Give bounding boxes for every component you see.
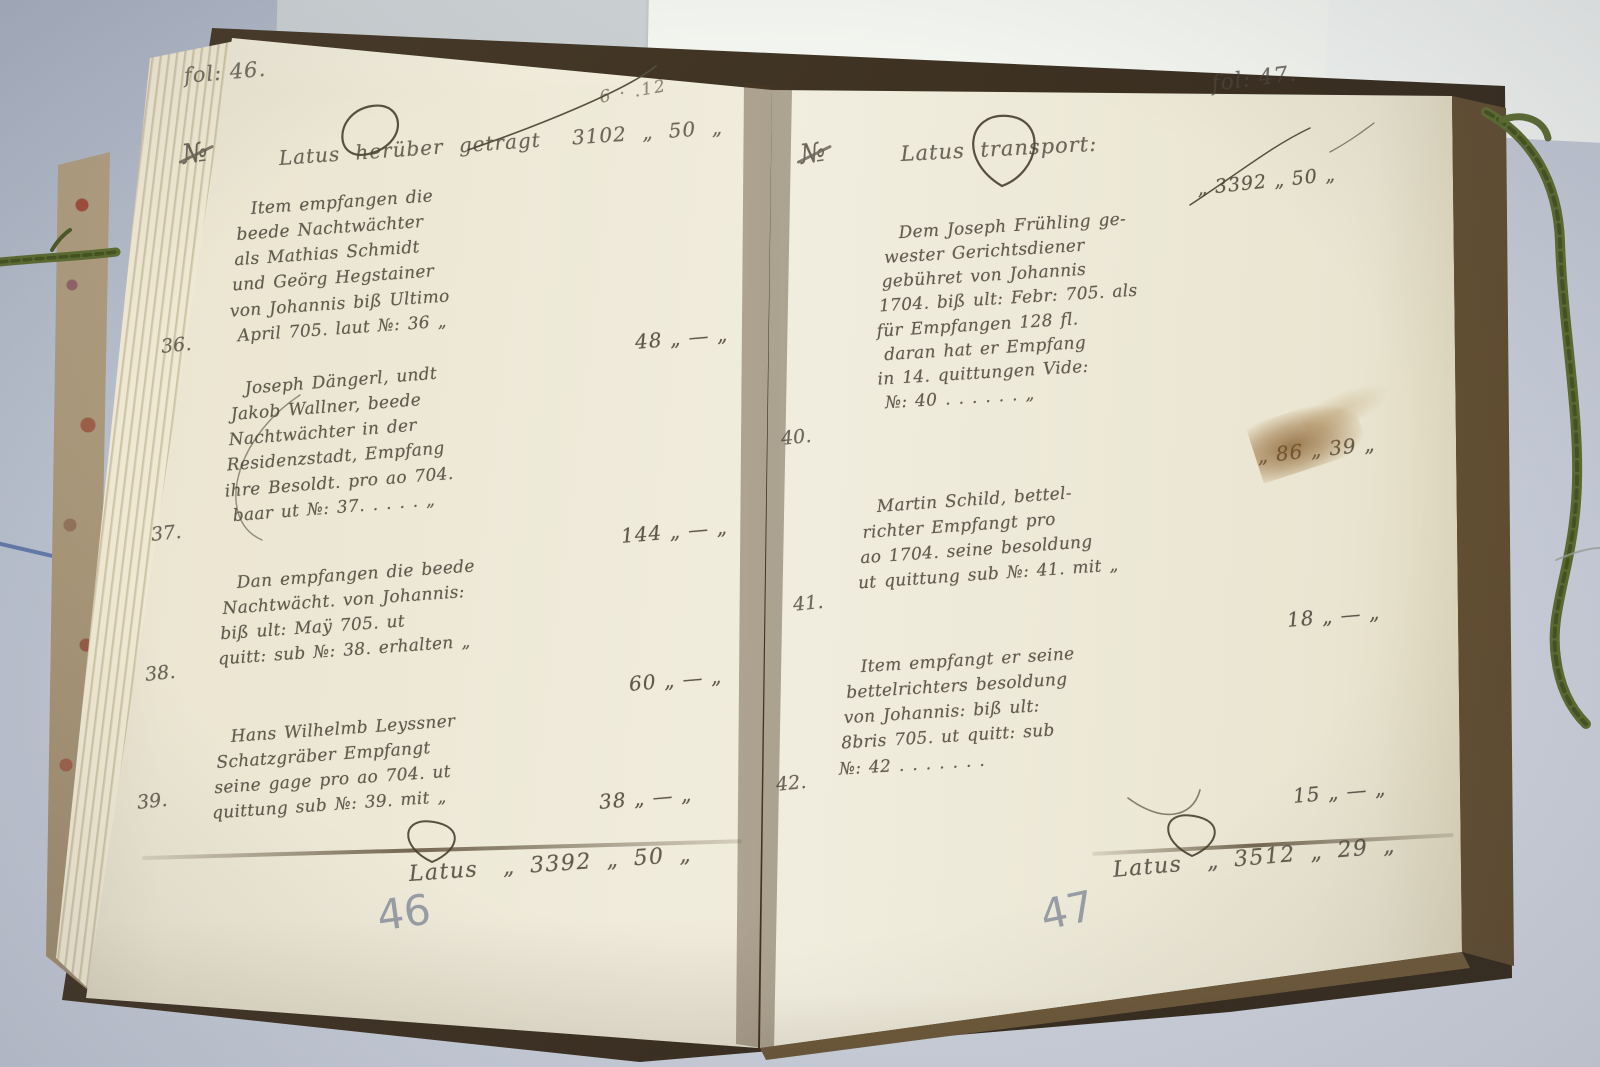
photo-of-open-ledger: { "colors": { "table_surface": "#c2c8d3"… xyxy=(0,0,1600,1067)
book-tie-cord-right xyxy=(1486,112,1600,724)
book-tie-cord-left xyxy=(0,230,116,262)
book-tie-cords xyxy=(0,0,1600,1067)
